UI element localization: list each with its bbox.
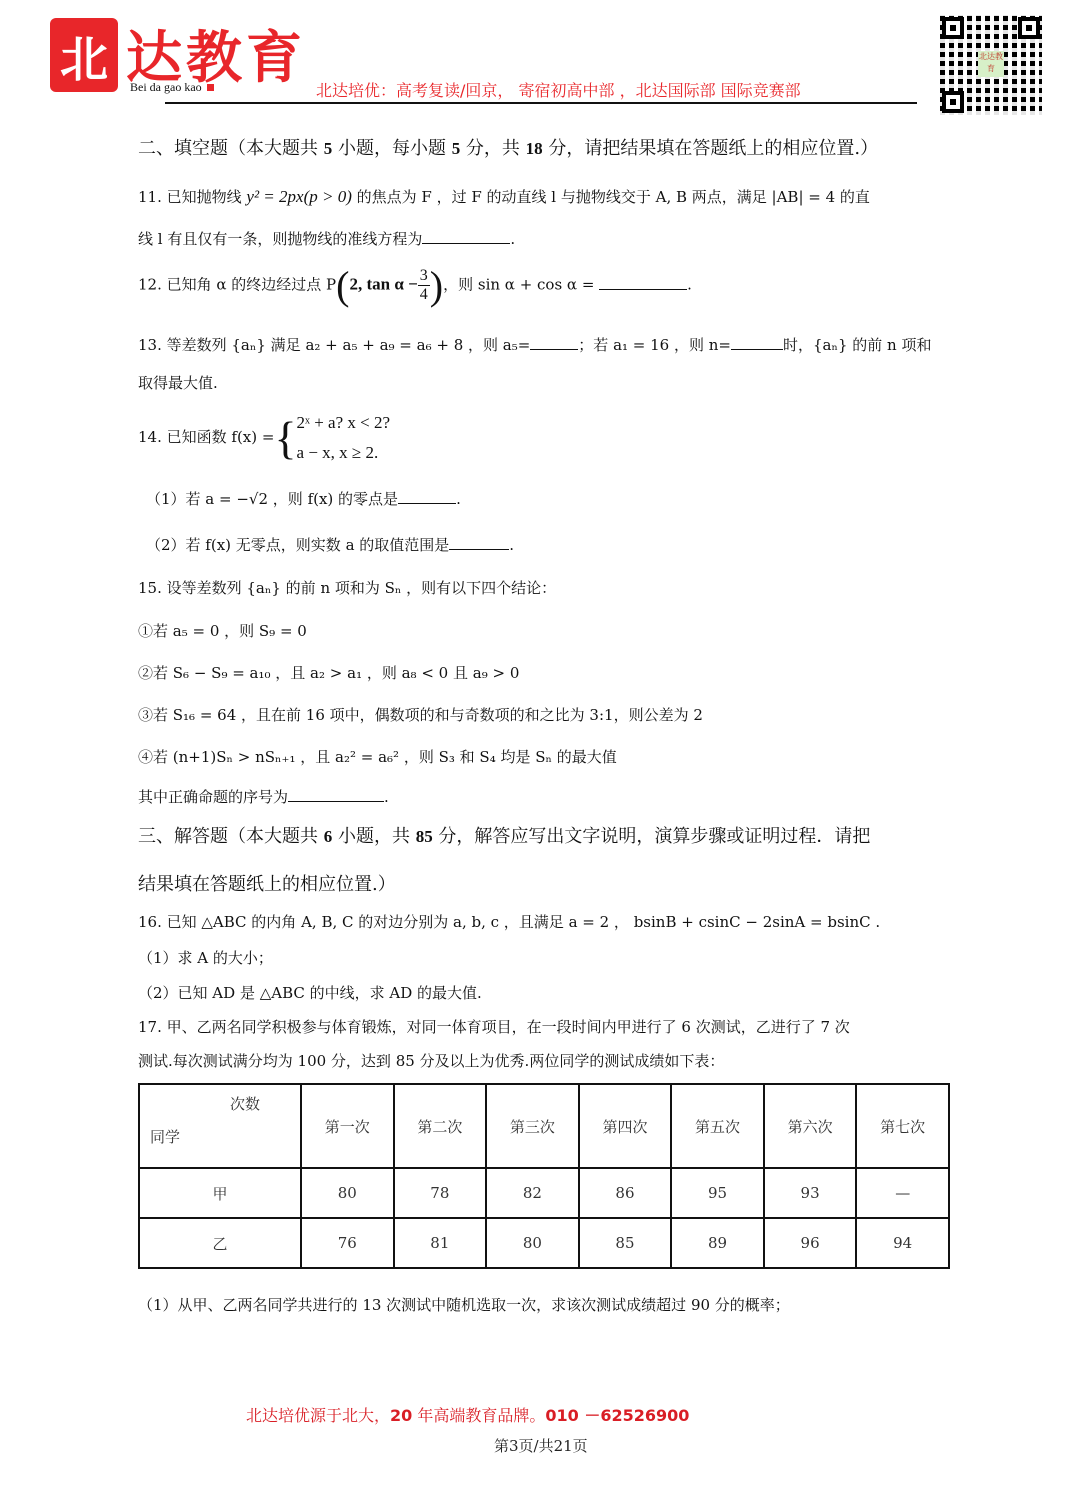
q13-text: 13. 等差数列 {aₙ} 满足 a₂ + a₅ + a₉ = a₆ + 8 ，… bbox=[138, 336, 530, 354]
piecewise-case-2: a − x, x ≥ 2. bbox=[297, 438, 390, 468]
points-total: 85 bbox=[416, 827, 433, 846]
q12-text: 12. 已知角 α 的终边经过点 P bbox=[138, 276, 336, 294]
q14-text: 14. 已知函数 f(x) = bbox=[138, 428, 274, 446]
q11-period: . bbox=[510, 230, 515, 248]
q12-period: . bbox=[687, 276, 692, 294]
q11-line2: 线 l 有且仅有一条，则抛物线的准线方程为. bbox=[138, 228, 515, 249]
q12-point-x: 2, tan α − bbox=[349, 275, 417, 294]
column-header: 第二次 bbox=[394, 1084, 487, 1168]
column-header: 第四次 bbox=[579, 1084, 672, 1168]
fraction: 34 bbox=[418, 267, 430, 304]
q14-text: （1）若 a = −√2 ，则 f(x) 的零点是 bbox=[146, 490, 398, 508]
section2-title-text: 分，共 bbox=[460, 138, 525, 159]
row-label: 甲 bbox=[139, 1168, 301, 1218]
points-total: 18 bbox=[526, 139, 543, 158]
table-header-row: 次数 同学 第一次 第二次 第三次 第四次 第五次 第六次 第七次 bbox=[139, 1084, 949, 1168]
q12-answer-blank[interactable] bbox=[599, 275, 687, 290]
table-cell: 80 bbox=[486, 1218, 579, 1268]
logo-mark: 北 bbox=[50, 18, 118, 92]
section2-title-text: 分，请把结果填在答题纸上的相应位置.） bbox=[543, 138, 878, 159]
q16-part2: （2）已知 AD 是 △ABC 的中线，求 AD 的最大值. bbox=[138, 982, 482, 1003]
section3-title-text: 分，解答应写出文字说明，演算步骤或证明过程．请把 bbox=[433, 826, 871, 847]
q15-period: . bbox=[384, 788, 389, 806]
table-cell: 95 bbox=[671, 1168, 764, 1218]
q11-text: 的焦点为 F ，过 F 的动直线 l 与抛物线交于 A, B 两点，满足 |AB… bbox=[352, 188, 870, 206]
fraction-numerator: 3 bbox=[418, 267, 430, 286]
footer-slogan: 北达培优源于北大，20 年高端教育品牌。010 －62526900 bbox=[246, 1403, 689, 1426]
q14-period: . bbox=[509, 536, 514, 554]
section3-title-text: 三、解答题（本大题共 bbox=[138, 826, 324, 847]
q14-period: . bbox=[456, 490, 461, 508]
column-header: 第五次 bbox=[671, 1084, 764, 1168]
corner-label-student: 同学 bbox=[150, 1126, 180, 1147]
column-header: 第一次 bbox=[301, 1084, 394, 1168]
q17-part1: （1）从甲、乙两名同学共进行的 13 次测试中随机选取一次，求该次测试成绩超过 … bbox=[138, 1294, 790, 1315]
header-divider bbox=[165, 102, 917, 104]
table-cell: — bbox=[856, 1168, 949, 1218]
q15-answer-line: 其中正确命题的序号为. bbox=[138, 786, 389, 807]
q13-line2: 取得最大值. bbox=[138, 372, 218, 393]
q14-stem: 14. 已知函数 f(x) ={2ˣ + a? x < 2?a − x, x ≥… bbox=[138, 408, 390, 468]
header-slogan: 北达培优：高考复读/回京， 寄宿初高中部 ，北达国际部 国际竞赛部 bbox=[316, 78, 801, 101]
footer-phone: 010 －62526900 bbox=[545, 1406, 689, 1425]
q14-part2: （2）若 f(x) 无零点，则实数 a 的取值范围是. bbox=[146, 534, 514, 555]
q15-item-3: ③若 S₁₆ = 64 ，且在前 16 项中，偶数项的和与奇数项的和之比为 3:… bbox=[138, 704, 703, 725]
table-cell: 80 bbox=[301, 1168, 394, 1218]
section3-title: 三、解答题（本大题共 6 小题，共 85 分，解答应写出文字说明，演算步骤或证明… bbox=[138, 822, 870, 848]
q13-text: 时，{aₙ} 的前 n 项和 bbox=[783, 336, 932, 354]
section3-title-text: 小题，共 bbox=[332, 826, 415, 847]
table-cell: 89 bbox=[671, 1218, 764, 1268]
column-header: 第三次 bbox=[486, 1084, 579, 1168]
table-cell: 93 bbox=[764, 1168, 857, 1218]
section3-title-line2: 结果填在答题纸上的相应位置.） bbox=[138, 870, 396, 896]
table-cell: 96 bbox=[764, 1218, 857, 1268]
left-brace: { bbox=[274, 413, 296, 464]
qr-finder bbox=[942, 91, 964, 113]
page-number: 第3页/共21页 bbox=[494, 1435, 588, 1456]
q17-line2: 测试.每次测试满分均为 100 分，达到 85 分及以上为优秀.两位同学的测试成… bbox=[138, 1050, 724, 1071]
q14-answer-blank-2[interactable] bbox=[449, 535, 509, 550]
q15-item-1: ①若 a₅ = 0 ，则 S₉ = 0 bbox=[138, 620, 307, 641]
q13-answer-blank-a5[interactable] bbox=[530, 335, 578, 350]
q14-text: （2）若 f(x) 无零点，则实数 a 的取值范围是 bbox=[146, 536, 449, 554]
q14-answer-blank-1[interactable] bbox=[398, 489, 456, 504]
logo-subtitle: Bei da gao kao bbox=[130, 80, 214, 95]
table-row: 甲 80 78 82 86 95 93 — bbox=[139, 1168, 949, 1218]
row-label: 乙 bbox=[139, 1218, 301, 1268]
q12-text: ，则 sin α + cos α = bbox=[443, 276, 599, 294]
logo-char: 北 bbox=[60, 21, 108, 90]
qr-finder bbox=[1018, 17, 1040, 39]
table-cell: 94 bbox=[856, 1218, 949, 1268]
table-cell: 85 bbox=[579, 1218, 672, 1268]
qr-finder bbox=[942, 17, 964, 39]
q16-stem: 16. 已知 △ABC 的内角 A, B, C 的对边分别为 a, b, c ，… bbox=[138, 911, 880, 932]
q14-part1: （1）若 a = −√2 ，则 f(x) 的零点是. bbox=[146, 488, 461, 509]
q13-answer-blank-n[interactable] bbox=[731, 335, 783, 350]
table-cell: 76 bbox=[301, 1218, 394, 1268]
q11-line1: 11. 已知抛物线 y² = 2px(p > 0) 的焦点为 F ，过 F 的动… bbox=[138, 186, 870, 207]
q17-line1: 17. 甲、乙两名同学积极参与体育锻炼，对同一体育项目，在一段时间内甲进行了 6… bbox=[138, 1016, 850, 1037]
logo-subtitle-text: Bei da gao kao bbox=[130, 80, 202, 94]
corner-label-count: 次数 bbox=[230, 1093, 260, 1114]
footer-slogan-text: 年高端教育品牌。 bbox=[412, 1406, 545, 1425]
question-count: 6 bbox=[324, 827, 333, 846]
q11-equation: y² = 2px(p > 0) bbox=[246, 187, 351, 206]
q11-answer-blank[interactable] bbox=[422, 229, 510, 244]
q16-part1: （1）求 A 的大小； bbox=[138, 947, 273, 968]
qr-code-icon: 北达教育 bbox=[940, 15, 1042, 115]
table-cell: 82 bbox=[486, 1168, 579, 1218]
piecewise-case-1: 2ˣ + a? x < 2? bbox=[297, 408, 390, 438]
piecewise-function: 2ˣ + a? x < 2?a − x, x ≥ 2. bbox=[297, 408, 390, 468]
question-count: 5 bbox=[324, 139, 333, 158]
q12-line: 12. 已知角 α 的终边经过点 P(2, tan α −34)，则 sin α… bbox=[138, 262, 692, 309]
column-header: 第六次 bbox=[764, 1084, 857, 1168]
q15-stem: 15. 设等差数列 {aₙ} 的前 n 项和为 Sₙ ，则有以下四个结论： bbox=[138, 577, 556, 598]
qr-center-logo: 北达教育 bbox=[978, 51, 1004, 77]
footer-slogan-text: 北达培优源于北大， bbox=[246, 1406, 390, 1425]
q13-text: ；若 a₁ = 16 ，则 n= bbox=[578, 336, 731, 354]
table-corner-cell: 次数 同学 bbox=[139, 1084, 301, 1168]
table-cell: 86 bbox=[579, 1168, 672, 1218]
q13-line1: 13. 等差数列 {aₙ} 满足 a₂ + a₅ + a₉ = a₆ + 8 ，… bbox=[138, 334, 931, 355]
section2-title-text: 小题，每小题 bbox=[332, 138, 451, 159]
q15-text: 其中正确命题的序号为 bbox=[138, 788, 288, 806]
q15-item-4: ④若 (n+1)Sₙ > nSₙ₊₁ ，且 a₂² = a₆² ，则 S₃ 和 … bbox=[138, 746, 617, 767]
right-paren: ) bbox=[430, 263, 443, 308]
points-each: 5 bbox=[452, 139, 461, 158]
table-cell: 81 bbox=[394, 1218, 487, 1268]
q11-text: 线 l 有且仅有一条，则抛物线的准线方程为 bbox=[138, 230, 422, 248]
table-cell: 78 bbox=[394, 1168, 487, 1218]
fraction-denominator: 4 bbox=[418, 286, 430, 304]
table-row: 乙 76 81 80 85 89 96 94 bbox=[139, 1218, 949, 1268]
q15-answer-blank[interactable] bbox=[288, 787, 384, 802]
q15-item-2: ②若 S₆ − S₉ = a₁₀ ，且 a₂ > a₁ ，则 a₈ < 0 且 … bbox=[138, 662, 519, 683]
section2-title: 二、填空题（本大题共 5 小题，每小题 5 分，共 18 分，请把结果填在答题纸… bbox=[138, 134, 878, 160]
footer-years: 20 bbox=[390, 1406, 412, 1425]
section2-title-text: 二、填空题（本大题共 bbox=[138, 138, 324, 159]
column-header: 第七次 bbox=[856, 1084, 949, 1168]
left-paren: ( bbox=[336, 263, 349, 308]
scores-table: 次数 同学 第一次 第二次 第三次 第四次 第五次 第六次 第七次 甲 80 7… bbox=[138, 1083, 950, 1269]
q11-text: 11. 已知抛物线 bbox=[138, 188, 246, 206]
red-square-icon bbox=[207, 84, 214, 91]
